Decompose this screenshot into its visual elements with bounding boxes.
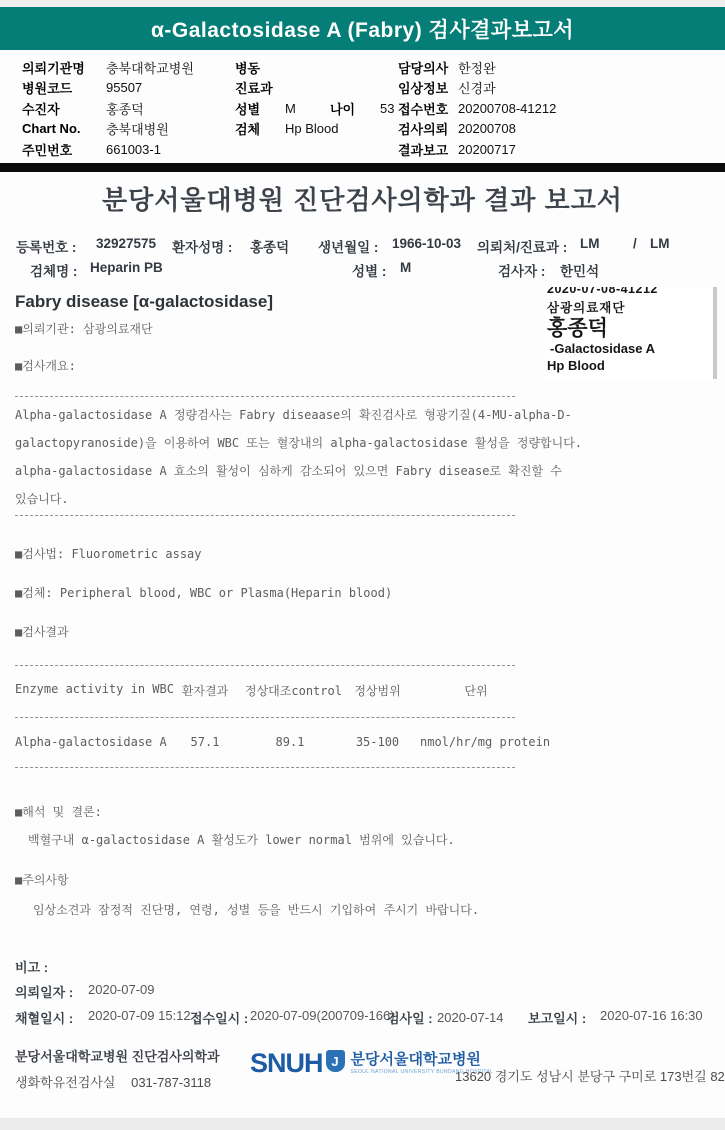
overview-label: ■검사개요:: [15, 357, 76, 374]
field-label: 나이: [330, 99, 380, 118]
interpretation-text: 백혈구내 α-galactosidase A 활성도가 lower normal…: [28, 831, 455, 848]
examiner-value: 한민석: [560, 260, 599, 280]
col-header-test: Enzyme activity in WBC: [15, 682, 165, 699]
sticker-accession-no: 2020-07-08-41212: [547, 287, 713, 296]
interpretation-label: ■해석 및 결론:: [15, 803, 102, 820]
dashed-divider: [15, 717, 515, 718]
dashed-divider: [15, 396, 515, 397]
cell-patient-result: 57.1: [165, 735, 245, 749]
field-value: 20200708: [458, 121, 516, 136]
reg-no-value: 32927575: [96, 236, 156, 251]
field-doctor: 담당의사 한정완: [398, 57, 698, 78]
sticker-test-name: -Galactosidase A: [550, 341, 713, 356]
dashed-divider: [15, 767, 515, 768]
sex-value: M: [400, 260, 411, 275]
field-resident-no: 주민번호 661003-1: [22, 139, 235, 160]
field-label: 성별: [235, 99, 285, 118]
footer-lab-name: 생화학유전검사실: [15, 1075, 115, 1090]
field-label: 주민번호: [22, 140, 106, 159]
report-banner: α-Galactosidase A (Fabry) 검사결과보고서: [0, 7, 725, 50]
field-chart-no: Chart No. 충북대병원: [22, 119, 235, 140]
report-datetime-label: 보고일시 :: [528, 1008, 586, 1027]
collect-datetime-value: 2020-07-09 15:12: [88, 1008, 191, 1023]
birth-value: 1966-10-03: [392, 236, 461, 251]
registration-section: 등록번호 : 32927575 환자성명 : 홍종덕 생년월일 : 1966-1…: [0, 236, 725, 292]
patient-name-label: 환자성명 :: [172, 236, 232, 256]
field-accession-no: 접수번호 20200708-41212: [398, 98, 698, 119]
footer-lab-line: 생화학유전검사실 031-787-3118: [15, 1072, 223, 1091]
receive-datetime-label: 접수일시 :: [190, 1008, 248, 1027]
sex-label: 성별 :: [352, 260, 386, 280]
overview-line-4: 있습니다.: [15, 490, 69, 507]
patient-info-section: 의뢰기관명 충북대학교병원 병원코드 95507 수진자 홍종덕 Chart N…: [22, 57, 698, 160]
field-test-request-date: 검사의뢰 20200708: [398, 119, 698, 140]
field-label: 수진자: [22, 99, 106, 118]
field-result-report-date: 결과보고 20200717: [398, 139, 698, 160]
field-label: 검사의뢰: [398, 119, 458, 138]
remark-label: 비고 :: [15, 957, 48, 976]
field-label: 진료과: [235, 78, 285, 97]
overview-line-2: galactopyranoside)을 이용하여 WBC 또는 혈장내의 alp…: [15, 434, 582, 451]
sticker-patient-name: 홍종덕: [547, 316, 713, 341]
field-hospital-code: 병원코드 95507: [22, 78, 235, 99]
birth-label: 생년월일 :: [318, 236, 378, 256]
receive-datetime-value: 2020-07-09(200709-166): [250, 1008, 395, 1023]
specimen-line: ■검체: Peripheral blood, WBC or Plasma(Hep…: [15, 584, 392, 601]
specimen-sticker: 2020-07-08-41212 삼광의료재단 홍종덕 -Galactosida…: [545, 287, 717, 379]
specimen-name-value: Heparin PB: [90, 260, 163, 275]
field-request-org: 의뢰기관명 충북대학교병원: [22, 57, 235, 78]
field-clinical-info: 임상정보 신경과: [398, 78, 698, 99]
collect-datetime-label: 채혈일시 :: [15, 1008, 73, 1027]
field-value: 20200717: [458, 142, 516, 157]
referrer-value: LM: [580, 236, 600, 251]
field-label: Chart No.: [22, 121, 106, 136]
patient-info-middle-column: 병동 진료과 성별 M 나이 53 검체 Hp Blood: [235, 57, 398, 160]
field-label: 의뢰기관명: [22, 58, 106, 77]
result-table-header: Enzyme activity in WBC 환자결과 정상대조control …: [15, 682, 532, 699]
field-label: 병원코드: [22, 78, 106, 97]
field-specimen: 검체 Hp Blood: [235, 119, 398, 140]
footer-phone: 031-787-3118: [131, 1075, 211, 1090]
request-date-label: 의뢰일자 :: [15, 982, 73, 1001]
result-table-row: Alpha-galactosidase A 57.1 89.1 35-100 n…: [15, 735, 532, 749]
col-header-normal-control: 정상대조control: [245, 682, 335, 699]
field-value: 20200708-41212: [458, 101, 556, 116]
sticker-org: 삼광의료재단: [547, 298, 713, 316]
specimen-name-label: 검체명 :: [30, 260, 77, 280]
field-value: 한정완: [458, 58, 496, 77]
referrer-label: 의뢰처/진료과 :: [477, 236, 567, 256]
field-sex-age: 성별 M 나이 53: [235, 98, 398, 119]
result-label: ■검사결과: [15, 623, 69, 640]
snuh-logo-text: SNUH: [250, 1050, 323, 1077]
field-ward: 병동: [235, 57, 398, 78]
test-date-value: 2020-07-14: [437, 1010, 504, 1025]
report-title: 분당서울대병원 진단검사의학과 결과 보고서: [0, 180, 725, 217]
cell-unit: nmol/hr/mg protein: [420, 735, 532, 749]
field-value: M: [285, 101, 330, 116]
report-datetime-value: 2020-07-16 16:30: [600, 1008, 703, 1023]
field-value: 53: [380, 101, 394, 116]
footer-address: 13620 경기도 성남시 분당구 구미로 173번길 82: [455, 1066, 725, 1085]
cell-normal-range: 35-100: [335, 735, 420, 749]
field-examinee: 수진자 홍종덕: [22, 98, 235, 119]
lab-report-page: α-Galactosidase A (Fabry) 검사결과보고서 의뢰기관명 …: [0, 0, 725, 1130]
examiner-label: 검사자 :: [498, 260, 545, 280]
field-empty: [235, 139, 398, 160]
caution-text: 임상소견과 잠정적 진단명, 연령, 성별 등을 반드시 기입하여 주시기 바랍…: [33, 901, 479, 918]
reg-no-label: 등록번호 :: [16, 236, 76, 256]
dashed-divider: [15, 515, 515, 516]
section-divider-bar: [0, 163, 725, 172]
test-heading: Fabry disease [α-galactosidase]: [15, 292, 273, 312]
sticker-specimen-type: Hp Blood: [547, 358, 713, 373]
footer-department: 분당서울대학교병원 진단검사의학과: [15, 1046, 220, 1065]
method-line: ■검사법: Fluorometric assay: [15, 545, 202, 562]
bottom-strip: [0, 1118, 725, 1130]
field-value: 충북대병원: [106, 119, 169, 138]
field-label: 결과보고: [398, 140, 458, 159]
overview-line-3: alpha-galactosidase A 효소의 활성이 심하게 감소되어 있…: [15, 462, 562, 479]
patient-info-right-column: 담당의사 한정완 임상정보 신경과 접수번호 20200708-41212 검사…: [398, 57, 698, 160]
referrer-separator: /: [633, 236, 637, 251]
banner-title: α-Galactosidase A (Fabry) 검사결과보고서: [151, 14, 574, 44]
top-strip: [0, 0, 725, 7]
patient-info-left-column: 의뢰기관명 충북대학교병원 병원코드 95507 수진자 홍종덕 Chart N…: [22, 57, 235, 160]
cell-normal-control: 89.1: [245, 735, 335, 749]
field-value: 95507: [106, 80, 142, 95]
field-value: Hp Blood: [285, 121, 338, 136]
overview-line-1: Alpha-galactosidase A 정량검사는 Fabry diseaa…: [15, 406, 572, 423]
patient-name-value: 홍종덕: [250, 236, 289, 256]
test-date-label: 검사일 :: [387, 1008, 433, 1027]
col-header-normal-range: 정상범위: [335, 682, 420, 699]
request-org-line: ■의뢰기관: 삼광의료재단: [15, 320, 153, 337]
request-date-value: 2020-07-09: [88, 982, 155, 997]
caution-label: ■주의사항: [15, 871, 69, 888]
field-label: 병동: [235, 58, 285, 77]
dashed-divider: [15, 665, 515, 666]
field-clinic-dept: 진료과: [235, 78, 398, 99]
cell-test-name: Alpha-galactosidase A: [15, 735, 165, 749]
col-header-unit: 단위: [420, 682, 532, 699]
field-label: 임상정보: [398, 78, 458, 97]
field-label: 접수번호: [398, 99, 458, 118]
field-value: 충북대학교병원: [106, 58, 194, 77]
field-value: 신경과: [458, 78, 496, 97]
field-value: 홍종덕: [106, 99, 144, 118]
field-label: 담당의사: [398, 58, 458, 77]
field-label: 검체: [235, 119, 285, 138]
snuh-shield-icon: J: [326, 1050, 345, 1072]
referrer-dept-value: LM: [650, 236, 670, 251]
field-value: 661003-1: [106, 142, 161, 157]
col-header-patient-result: 환자결과: [165, 682, 245, 699]
